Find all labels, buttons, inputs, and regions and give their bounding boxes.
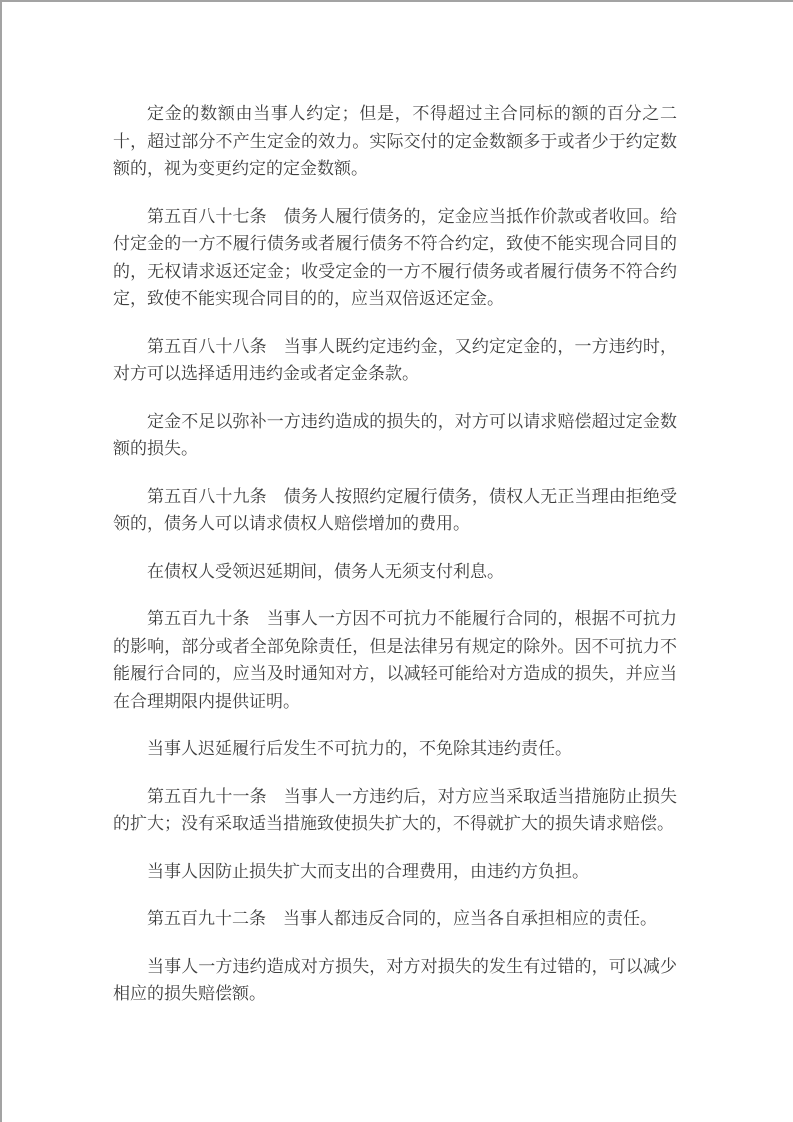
paragraph-article-588-clause-1: 第五百八十八条 当事人既约定违约金，又约定定金的，一方违约时，对方可以选择适用违… bbox=[113, 333, 677, 388]
paragraph-article-588-clause-2: 定金不足以弥补一方违约造成的损失的，对方可以请求赔偿超过定金数额的损失。 bbox=[113, 408, 677, 463]
paragraph-article-592-clause-1: 第五百九十二条 当事人都违反合同的，应当各自承担相应的责任。 bbox=[113, 905, 677, 933]
document-content: 定金的数额由当事人约定；但是，不得超过主合同标的额的百分之二十，超过部分不产生定… bbox=[113, 100, 677, 1008]
paragraph-article-591-clause-1: 第五百九十一条 当事人一方违约后，对方应当采取适当措施防止损失的扩大；没有采取适… bbox=[113, 783, 677, 838]
paragraph-article-590-clause-2: 当事人迟延履行后发生不可抗力的，不免除其违约责任。 bbox=[113, 735, 677, 763]
paragraph-deposit-amount-rule: 定金的数额由当事人约定；但是，不得超过主合同标的额的百分之二十，超过部分不产生定… bbox=[113, 100, 677, 183]
paragraph-article-590-clause-1: 第五百九十条 当事人一方因不可抗力不能履行合同的，根据不可抗力的影响，部分或者全… bbox=[113, 605, 677, 715]
paragraph-article-589-clause-2: 在债权人受领迟延期间，债务人无须支付利息。 bbox=[113, 558, 677, 586]
paragraph-article-592-clause-2: 当事人一方违约造成对方损失，对方对损失的发生有过错的，可以减少相应的损失赔偿额。 bbox=[113, 953, 677, 1008]
paragraph-article-591-clause-2: 当事人因防止损失扩大而支出的合理费用，由违约方负担。 bbox=[113, 858, 677, 886]
document-page: 定金的数额由当事人约定；但是，不得超过主合同标的额的百分之二十，超过部分不产生定… bbox=[0, 0, 793, 1122]
paragraph-article-587: 第五百八十七条 债务人履行债务的，定金应当抵作价款或者收回。给付定金的一方不履行… bbox=[113, 203, 677, 313]
paragraph-article-589-clause-1: 第五百八十九条 债务人按照约定履行债务，债权人无正当理由拒绝受领的，债务人可以请… bbox=[113, 483, 677, 538]
